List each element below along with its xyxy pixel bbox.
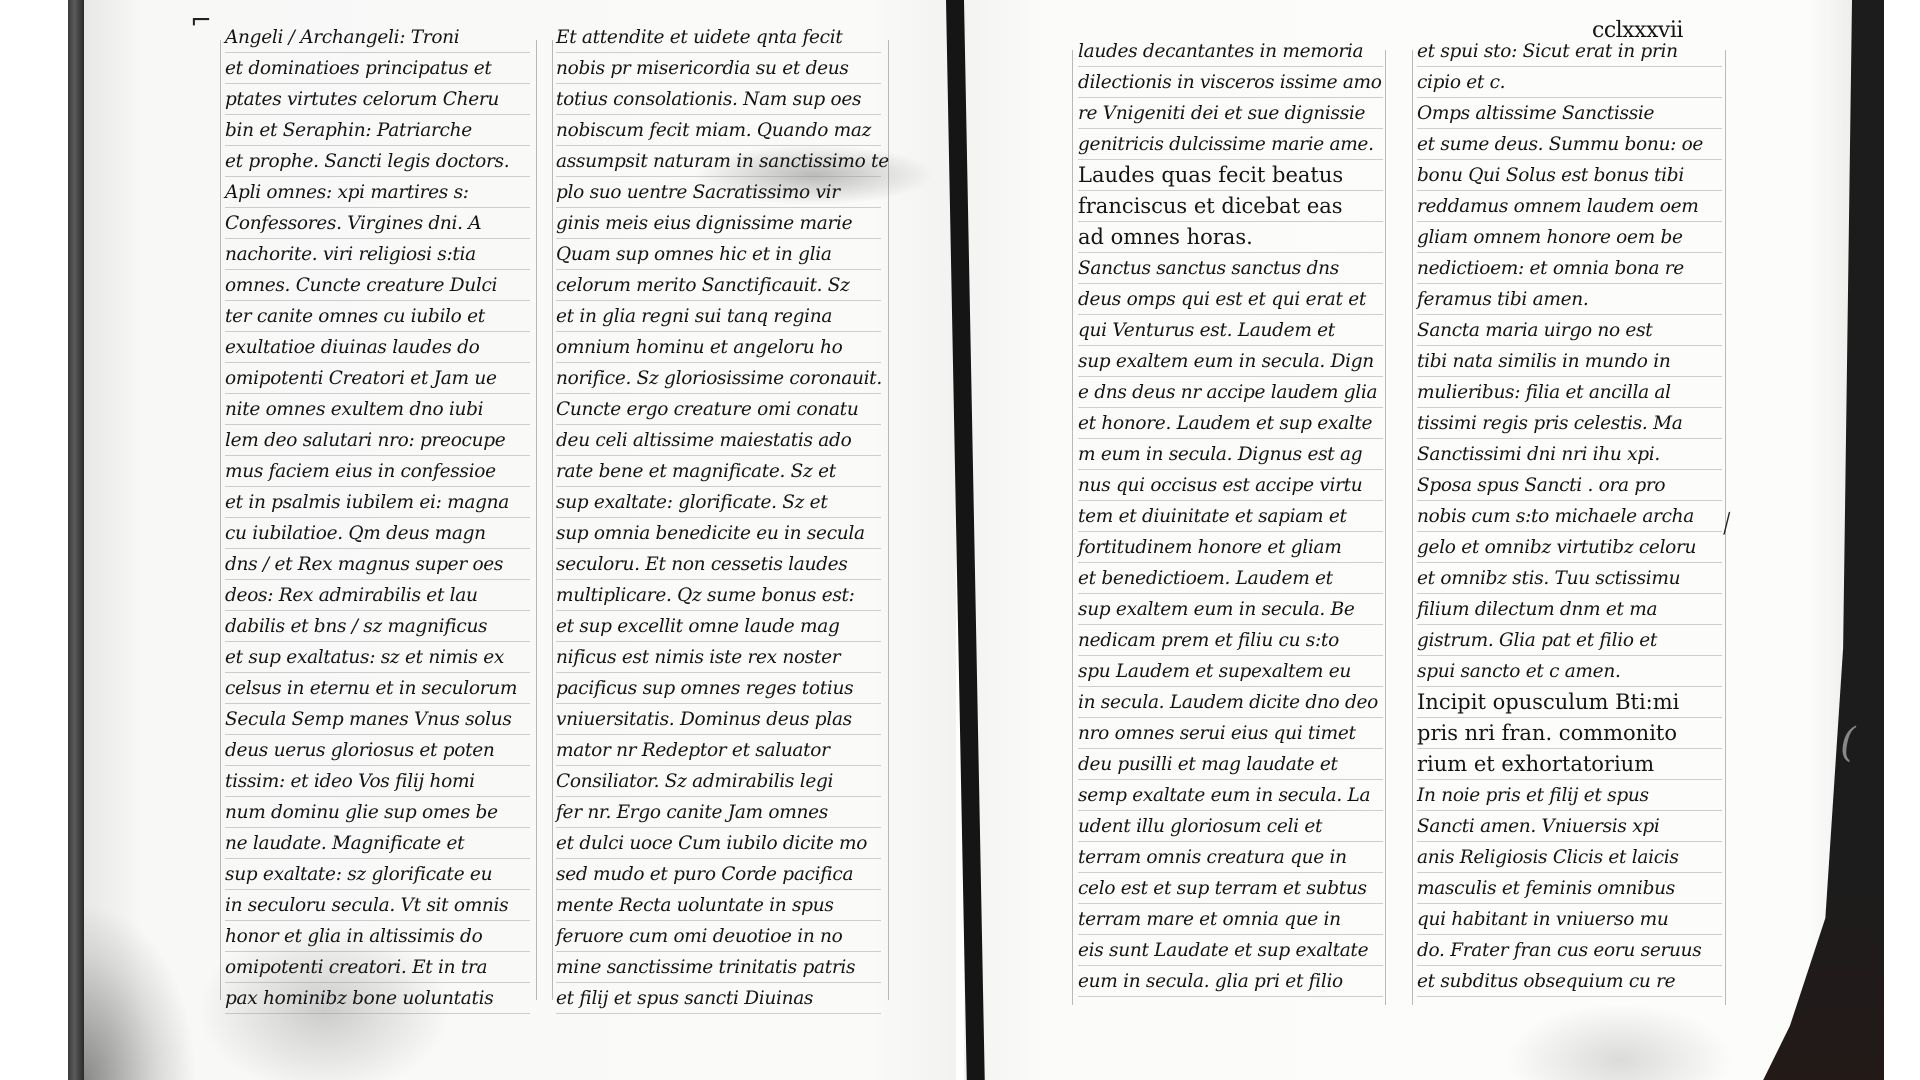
manuscript-line: nobis pr misericordia su et deus bbox=[556, 53, 881, 84]
manuscript-line: et sup exaltatus: sz et nimis ex bbox=[225, 642, 530, 673]
manuscript-line: cu iubilatioe. Qm deus magn bbox=[225, 518, 530, 549]
manuscript-line: rium et exhortatorium bbox=[1417, 749, 1722, 780]
manuscript-line: deu celi altissime maiestatis ado bbox=[556, 425, 881, 456]
right-page-column-4: et spui sto: Sicut erat in principio et … bbox=[1417, 36, 1722, 997]
manuscript-line: bonu Qui Solus est bonus tibi bbox=[1417, 160, 1722, 191]
manuscript-line: nificus est nimis iste rex noster bbox=[556, 642, 881, 673]
manuscript-line: udent illu gloriosum celi et bbox=[1078, 811, 1383, 842]
manuscript-line: in secula. Laudem dicite dno deo bbox=[1078, 687, 1383, 718]
manuscript-line: dns / et Rex magnus super oes bbox=[225, 549, 530, 580]
manuscript-line: tissim: et ideo Vos filij homi bbox=[225, 766, 530, 797]
manuscript-line: nobiscum fecit miam. Quando maz bbox=[556, 115, 881, 146]
manuscript-line: Apli omnes: xpi martires s: bbox=[225, 177, 530, 208]
manuscript-line: tem et diuinitate et sapiam et bbox=[1078, 501, 1383, 532]
manuscript-line: lem deo salutari nro: preocupe bbox=[225, 425, 530, 456]
manuscript-line: gelo et omnibz virtutibz celoru bbox=[1417, 532, 1722, 563]
manuscript-line: norifice. Sz gloriosissime coronauit. bbox=[556, 363, 881, 394]
manuscript-line: qui Venturus est. Laudem et bbox=[1078, 315, 1383, 346]
manuscript-line: num dominu glie sup omes be bbox=[225, 797, 530, 828]
manuscript-line: et spui sto: Sicut erat in prin bbox=[1417, 36, 1722, 67]
manuscript-line: et sup excellit omne laude mag bbox=[556, 611, 881, 642]
manuscript-line: genitricis dulcissime marie ame. bbox=[1078, 129, 1383, 160]
manuscript-line: re Vnigeniti dei et sue dignissie bbox=[1078, 98, 1383, 129]
manuscript-line: spu Laudem et supexaltem eu bbox=[1078, 656, 1383, 687]
manuscript-line: Laudes quas fecit beatus bbox=[1078, 160, 1383, 191]
manuscript-line: assumpsit naturam in sanctissimo te bbox=[556, 146, 881, 177]
manuscript-line: feramus tibi amen. bbox=[1417, 284, 1722, 315]
manuscript-line: vniuersitatis. Dominus deus plas bbox=[556, 704, 881, 735]
manuscript-line: et sume deus. Summu bonu: oe bbox=[1417, 129, 1722, 160]
manuscript-line: semp exaltate eum in secula. La bbox=[1078, 780, 1383, 811]
manuscript-line: et dominatioes principatus et bbox=[225, 53, 530, 84]
manuscript-line: terram omnis creatura que in bbox=[1078, 842, 1383, 873]
manuscript-line: ginis meis eius dignissime marie bbox=[556, 208, 881, 239]
manuscript-line: mus faciem eius in confessioe bbox=[225, 456, 530, 487]
manuscript-line: dilectionis in visceros issime amo bbox=[1078, 67, 1383, 98]
manuscript-line: Et attendite et uidete qnta fecit bbox=[556, 22, 881, 53]
manuscript-line: honor et glia in altissimis do bbox=[225, 921, 530, 952]
manuscript-line: nedicam prem et filiu cu s:to bbox=[1078, 625, 1383, 656]
manuscript-line: cipio et c. bbox=[1417, 67, 1722, 98]
left-binding-edge bbox=[68, 0, 84, 1080]
manuscript-line: gliam omnem honore oem be bbox=[1417, 222, 1722, 253]
manuscript-line: omnium hominu et angeloru ho bbox=[556, 332, 881, 363]
manuscript-line: seculoru. Et non cessetis laudes bbox=[556, 549, 881, 580]
manuscript-line: et omnibz stis. Tuu sctissimu bbox=[1417, 563, 1722, 594]
manuscript-line: laudes decantantes in memoria bbox=[1078, 36, 1383, 67]
manuscript-line: eum in secula. glia pri et filio bbox=[1078, 966, 1383, 997]
left-page-corner-shadow bbox=[84, 860, 224, 1080]
manuscript-line: m eum in secula. Dignus est ag bbox=[1078, 439, 1383, 470]
manuscript-line: filium dilectum dnm et ma bbox=[1417, 594, 1722, 625]
top-left-flourish: ⌐ bbox=[190, 6, 212, 36]
manuscript-line: ad omnes horas. bbox=[1078, 222, 1383, 253]
manuscript-line: nite omnes exultem dno iubi bbox=[225, 394, 530, 425]
right-page-column-3: laudes decantantes in memoriadilectionis… bbox=[1078, 36, 1383, 997]
manuscript-line: omipotenti creatori. Et in tra bbox=[225, 952, 530, 983]
manuscript-line: celsus in eternu et in seculorum bbox=[225, 673, 530, 704]
manuscript-line: anis Religiosis Clicis et laicis bbox=[1417, 842, 1722, 873]
manuscript-line: et benedictioem. Laudem et bbox=[1078, 563, 1383, 594]
manuscript-line: bin et Seraphin: Patriarche bbox=[225, 115, 530, 146]
manuscript-line: et honore. Laudem et sup exalte bbox=[1078, 408, 1383, 439]
manuscript-line: et in psalmis iubilem ei: magna bbox=[225, 487, 530, 518]
manuscript-line: pris nri fran. commonito bbox=[1417, 718, 1722, 749]
manuscript-line: mator nr Redeptor et saluator bbox=[556, 735, 881, 766]
manuscript-line: eis sunt Laudate et sup exaltate bbox=[1078, 935, 1383, 966]
manuscript-line: Omps altissime Sanctissie bbox=[1417, 98, 1722, 129]
manuscript-line: Incipit opusculum Bti:mi bbox=[1417, 687, 1722, 718]
manuscript-line: nedictioem: et omnia bona re bbox=[1417, 253, 1722, 284]
manuscript-line: sup exaltate: glorificate. Sz et bbox=[556, 487, 881, 518]
manuscript-line: Cuncte ergo creature omi conatu bbox=[556, 394, 881, 425]
manuscript-line: Sanctus sanctus sanctus dns bbox=[1078, 253, 1383, 284]
manuscript-spread: Angeli / Archangeli: Troniet dominatioes… bbox=[0, 0, 1920, 1080]
manuscript-line: nobis cum s:to michaele archa bbox=[1417, 501, 1722, 532]
manuscript-line: et filij et spus sancti Diuinas bbox=[556, 983, 881, 1014]
manuscript-line: dabilis et bns / sz magnificus bbox=[225, 611, 530, 642]
manuscript-line: celo est et sup terram et subtus bbox=[1078, 873, 1383, 904]
manuscript-line: reddamus omnem laudem oem bbox=[1417, 191, 1722, 222]
manuscript-line: deus uerus gloriosus et poten bbox=[225, 735, 530, 766]
manuscript-line: fer nr. Ergo canite Jam omnes bbox=[556, 797, 881, 828]
manuscript-line: Sancti amen. Vniuersis xpi bbox=[1417, 811, 1722, 842]
manuscript-line: et in glia regni sui tanq regina bbox=[556, 301, 881, 332]
manuscript-line: sup exaltem eum in secula. Be bbox=[1078, 594, 1383, 625]
manuscript-line: omnes. Cuncte creature Dulci bbox=[225, 270, 530, 301]
manuscript-line: nro omnes serui eius qui timet bbox=[1078, 718, 1383, 749]
manuscript-line: et prophe. Sancti legis doctors. bbox=[225, 146, 530, 177]
manuscript-line: celorum merito Sanctificauit. Sz bbox=[556, 270, 881, 301]
manuscript-line: nachorite. viri religiosi s:tia bbox=[225, 239, 530, 270]
manuscript-line: ptates virtutes celorum Cheru bbox=[225, 84, 530, 115]
manuscript-line: et dulci uoce Cum iubilo dicite mo bbox=[556, 828, 881, 859]
manuscript-line: mulieribus: filia et ancilla al bbox=[1417, 377, 1722, 408]
manuscript-line: e dns deus nr accipe laudem glia bbox=[1078, 377, 1383, 408]
manuscript-line: Quam sup omnes hic et in glia bbox=[556, 239, 881, 270]
manuscript-line: spui sancto et c amen. bbox=[1417, 656, 1722, 687]
manuscript-line: Consiliator. Sz admirabilis legi bbox=[556, 766, 881, 797]
manuscript-line: qui habitant in vniuerso mu bbox=[1417, 904, 1722, 935]
manuscript-line: terram mare et omnia que in bbox=[1078, 904, 1383, 935]
manuscript-line: totius consolationis. Nam sup oes bbox=[556, 84, 881, 115]
manuscript-line: sup exaltate: sz glorificate eu bbox=[225, 859, 530, 890]
manuscript-line: Confessores. Virgines dni. A bbox=[225, 208, 530, 239]
manuscript-line: sed mudo et puro Corde pacifica bbox=[556, 859, 881, 890]
manuscript-line: multiplicare. Qz sume bonus est: bbox=[556, 580, 881, 611]
manuscript-line: masculis et feminis omnibus bbox=[1417, 873, 1722, 904]
manuscript-line: et subditus obsequium cu re bbox=[1417, 966, 1722, 997]
manuscript-line: rate bene et magnificate. Sz et bbox=[556, 456, 881, 487]
manuscript-line: Sancta maria uirgo no est bbox=[1417, 315, 1722, 346]
manuscript-line: mine sanctissime trinitatis patris bbox=[556, 952, 881, 983]
manuscript-line: sup omnia benedicite eu in secula bbox=[556, 518, 881, 549]
left-page-column-1: Angeli / Archangeli: Troniet dominatioes… bbox=[225, 22, 530, 1014]
manuscript-line: fortitudinem honore et gliam bbox=[1078, 532, 1383, 563]
manuscript-line: tibi nata similis in mundo in bbox=[1417, 346, 1722, 377]
manuscript-line: mente Recta uoluntate in spus bbox=[556, 890, 881, 921]
margin-bracket-mark: ( bbox=[1840, 720, 1856, 766]
manuscript-line: pax hominibz bone uoluntatis bbox=[225, 983, 530, 1014]
manuscript-line: sup exaltem eum in secula. Dign bbox=[1078, 346, 1383, 377]
manuscript-line: Secula Semp manes Vnus solus bbox=[225, 704, 530, 735]
manuscript-line: Sanctissimi dni nri ihu xpi. bbox=[1417, 439, 1722, 470]
manuscript-line: feruore cum omi deuotioe in no bbox=[556, 921, 881, 952]
manuscript-line: gistrum. Glia pat et filio et bbox=[1417, 625, 1722, 656]
manuscript-line: Angeli / Archangeli: Troni bbox=[225, 22, 530, 53]
manuscript-line: nus qui occisus est accipe virtu bbox=[1078, 470, 1383, 501]
manuscript-line: do. Frater fran cus eoru seruus bbox=[1417, 935, 1722, 966]
manuscript-line: ne laudate. Magnificate et bbox=[225, 828, 530, 859]
manuscript-line: franciscus et dicebat eas bbox=[1078, 191, 1383, 222]
manuscript-line: tissimi regis pris celestis. Ma bbox=[1417, 408, 1722, 439]
manuscript-line: pacificus sup omnes reges totius bbox=[556, 673, 881, 704]
manuscript-line: Sposa spus Sancti . ora pro bbox=[1417, 470, 1722, 501]
manuscript-line: deu pusilli et mag laudate et bbox=[1078, 749, 1383, 780]
manuscript-line: deus omps qui est et qui erat et bbox=[1078, 284, 1383, 315]
manuscript-line: deos: Rex admirabilis et lau bbox=[225, 580, 530, 611]
manuscript-line: in seculoru secula. Vt sit omnis bbox=[225, 890, 530, 921]
manuscript-line: omipotenti Creatori et Jam ue bbox=[225, 363, 530, 394]
manuscript-line: exultatioe diuinas laudes do bbox=[225, 332, 530, 363]
manuscript-line: In noie pris et filij et spus bbox=[1417, 780, 1722, 811]
manuscript-line: ter canite omnes cu iubilo et bbox=[225, 301, 530, 332]
manuscript-line: plo suo uentre Sacratissimo vir bbox=[556, 177, 881, 208]
left-page-column-2: Et attendite et uidete qnta fecitnobis p… bbox=[556, 22, 881, 1014]
